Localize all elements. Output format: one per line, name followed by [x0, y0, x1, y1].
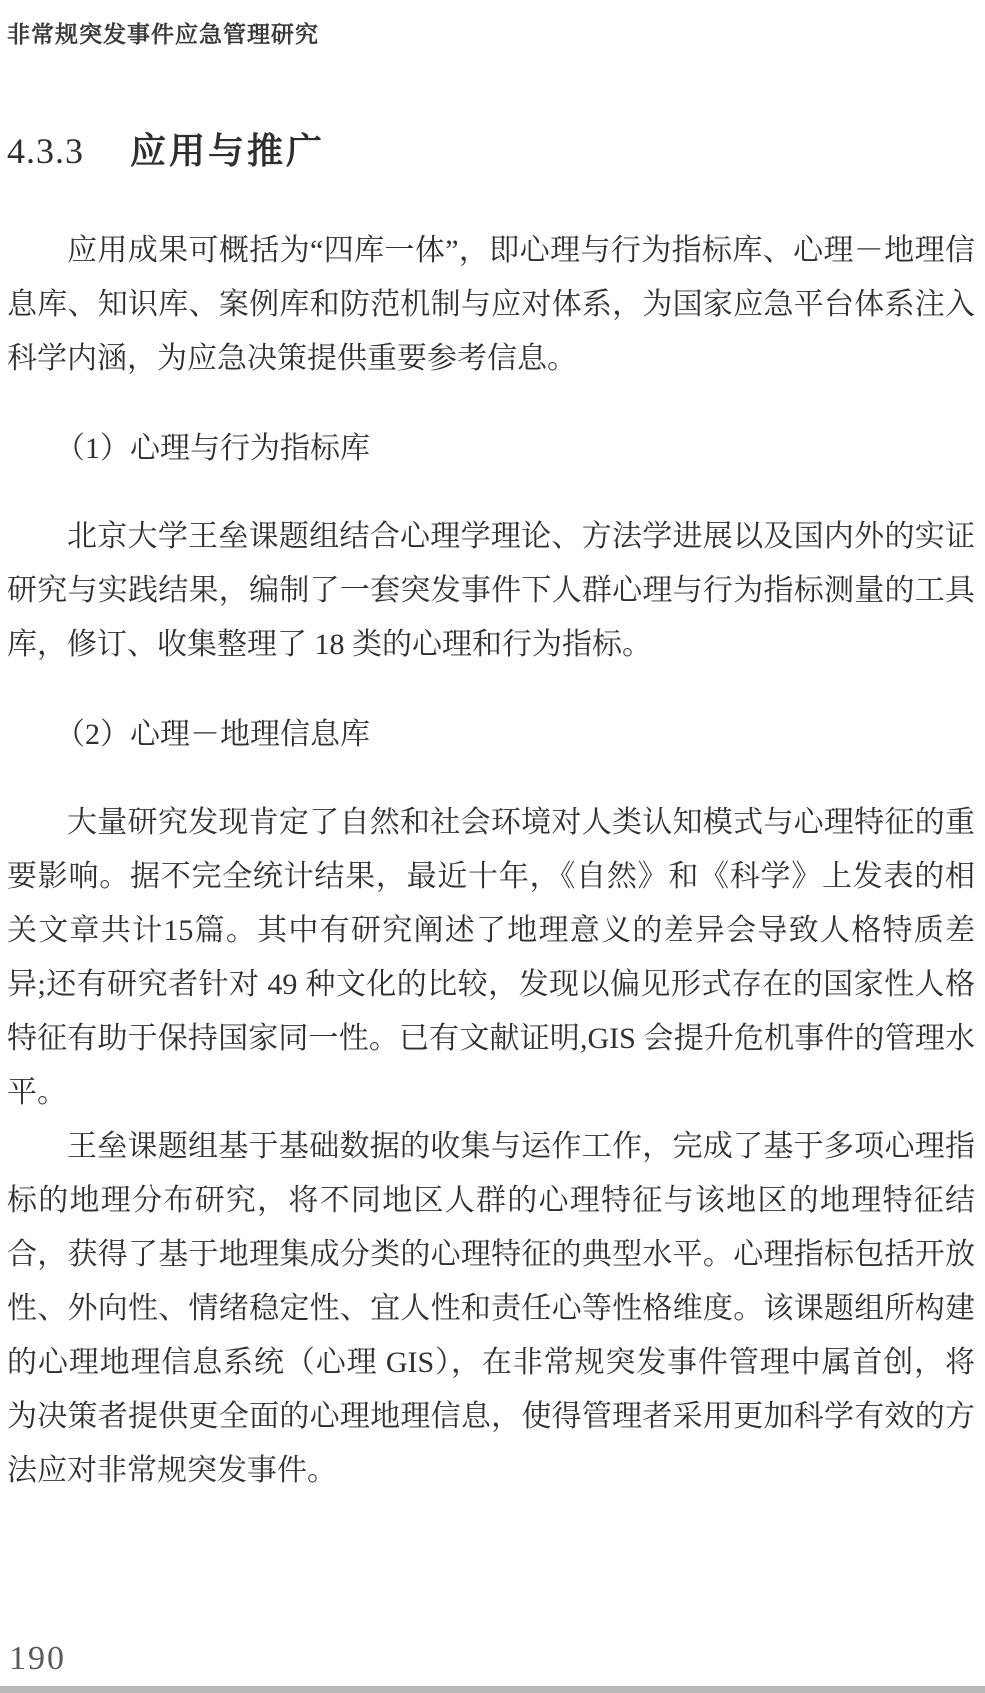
book-page: 非常规突发事件应急管理研究 4.3.3 应用与推广 应用成果可概括为“四库一体”…: [0, 0, 985, 1693]
running-header: 非常规突发事件应急管理研究: [7, 16, 975, 49]
paragraph-index-db: 北京大学王垒课题组结合心理学理论、方法学进展以及国内外的实证研究与实践结果，编制…: [7, 510, 975, 672]
section-number: 4.3.3: [7, 130, 84, 172]
subheading-2-psych-geo-info-db: （2）心理－地理信息库: [7, 708, 975, 762]
paragraph-overview: 应用成果可概括为“四库一体”，即心理与行为指标库、心理－地理信息库、知识库、案例…: [7, 224, 975, 386]
section-heading: 4.3.3 应用与推广: [7, 123, 975, 174]
page-content: 非常规突发事件应急管理研究 4.3.3 应用与推广 应用成果可概括为“四库一体”…: [0, 0, 985, 1498]
page-number: 190: [9, 1640, 66, 1678]
paragraph-psych-gis: 王垒课题组基于基础数据的收集与运作工作，完成了基于多项心理指标的地理分布研究，将…: [7, 1120, 975, 1498]
paragraph-geo-research: 大量研究发现肯定了自然和社会环境对人类认知模式与心理特征的重要影响。据不完全统计…: [7, 796, 975, 1120]
subheading-1-psych-behavior-index-db: （1）心理与行为指标库: [7, 422, 975, 476]
section-title: 应用与推广: [130, 123, 325, 174]
bottom-edge-strip: [0, 1686, 985, 1693]
